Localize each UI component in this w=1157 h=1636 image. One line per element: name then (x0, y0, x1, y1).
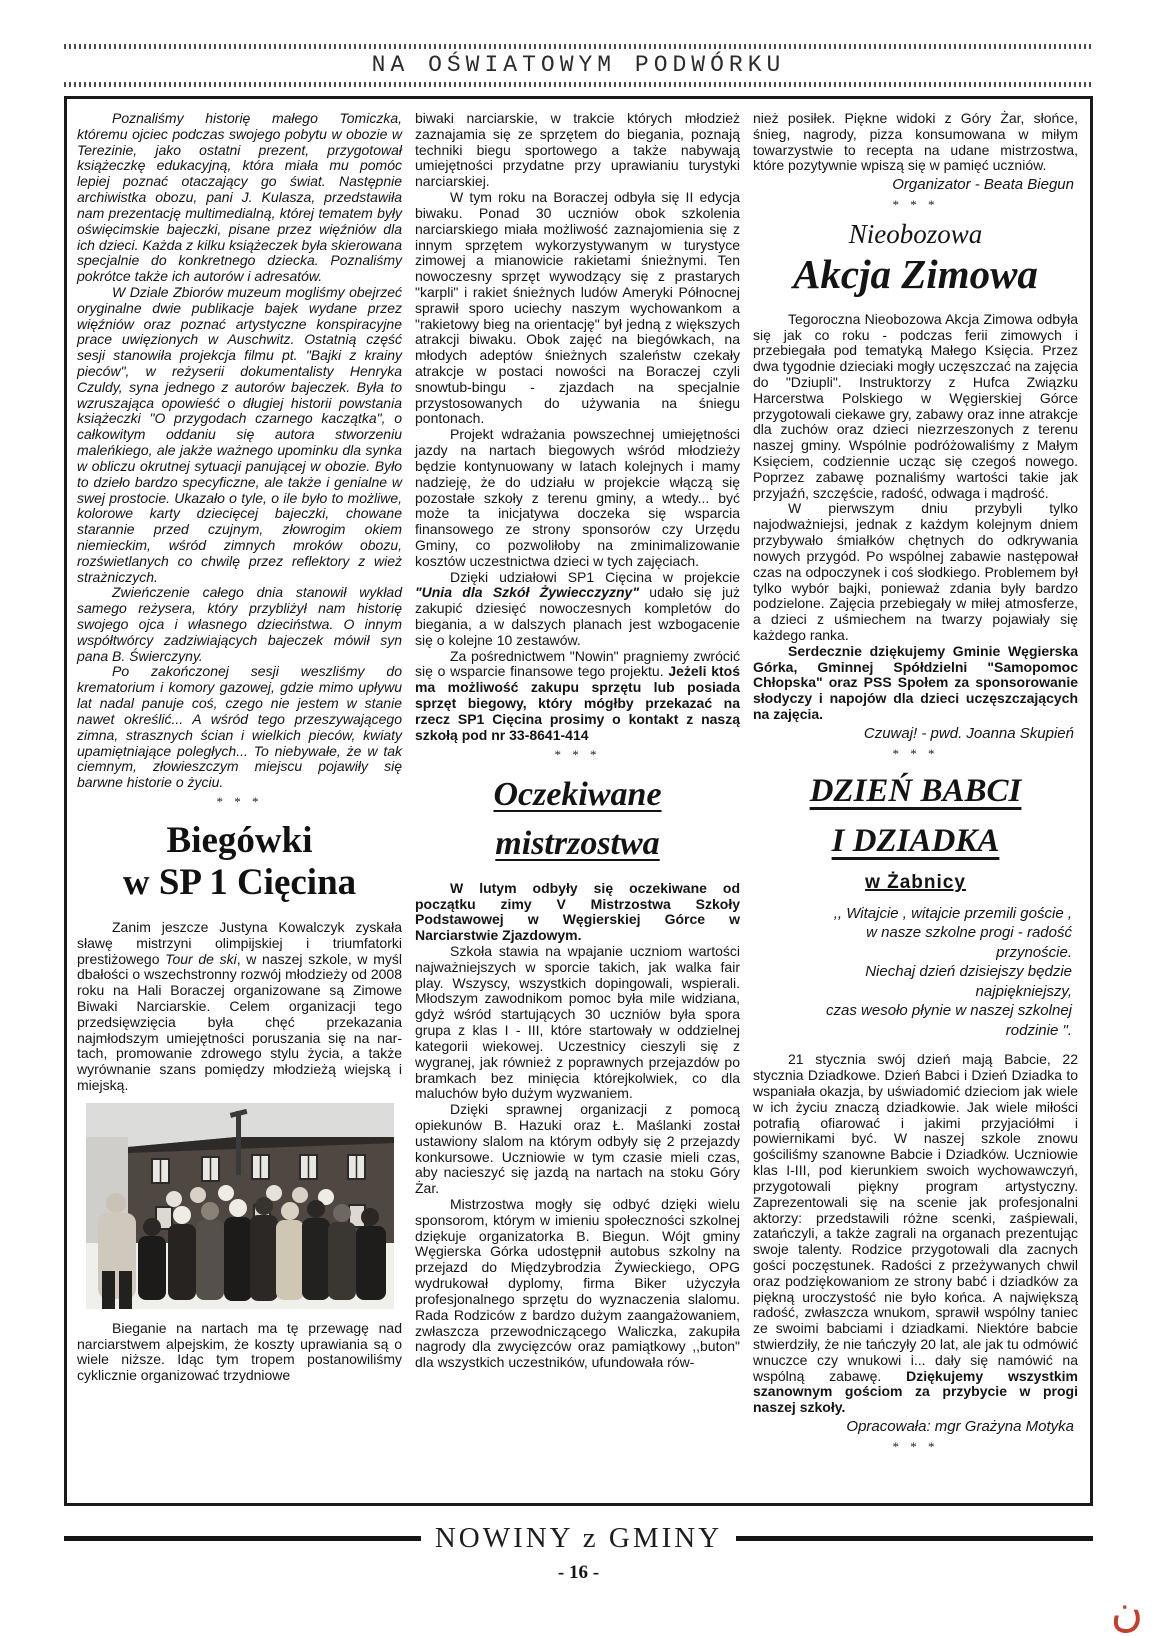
text-run: 21 stycznia swój dzień mają Babcie, 22 s… (753, 1051, 1078, 1383)
article-biegowki-continuation: biwaki narciarskie, w trakcie których mł… (415, 111, 740, 744)
footer-brand-row: NOWINY z GMINY (64, 1522, 1093, 1555)
article-mistrzostwa-continuation: nież posiłek. Piękne widoki z Góry Żar, … (753, 111, 1078, 194)
quote-line: ,, Witajcie , witajcie przemili goście , (753, 904, 1072, 924)
paragraph: Projekt wdrażania powszechnej umiejętnoś… (415, 427, 740, 569)
quote-line: przynoście. (753, 943, 1072, 963)
footer-brand: NOWINY z GMINY (435, 1522, 722, 1555)
masthead: NA OŚWIATOWYM PODWÓRKU (64, 44, 1093, 87)
article-title-line1: DZIEŃ BABCI (753, 767, 1078, 817)
article-akcja-zimowa: Nieobozowa Akcja Zimowa Tegoroczna Nieob… (753, 219, 1078, 743)
byline: Organizator - Beata Biegun (753, 177, 1074, 194)
group-photo (86, 1103, 394, 1313)
asterisk-separator: * * * (753, 1440, 1078, 1455)
article-title-line2: I DZIADKA (753, 817, 1078, 867)
quote-line: rodzinie ". (753, 1021, 1072, 1041)
paragraph: W Dziale Zbiorów muzeum mogliśmy obejrze… (77, 285, 402, 585)
paragraph: Mistrzostwa mogły się odbyć dzięki wielu… (415, 1197, 740, 1371)
asterisk-separator: * * * (753, 747, 1078, 762)
page-number: - 16 - (64, 1562, 1093, 1584)
column-2: biwaki narciarskie, w trakcie których mł… (415, 111, 740, 1491)
text-run: Dzięki udziałowi SP1 Cięcina w projekcie (450, 569, 740, 585)
article-title-line2: mistrzostwa (415, 819, 740, 868)
column-1: Poznaliśmy historię małego Tomiczka, któ… (77, 111, 402, 1491)
newspaper-page: NA OŚWIATOWYM PODWÓRKU Poznaliśmy histor… (0, 44, 1157, 1584)
paragraph: nież posiłek. Piękne widoki z Góry Żar, … (753, 111, 1078, 174)
paragraph: Bieganie na nartach ma tę przewagę nad n… (77, 1321, 402, 1384)
paragraph: Poznaliśmy historię małego Tomiczka, któ… (77, 111, 402, 285)
page-footer: NOWINY z GMINY - 16 - (64, 1522, 1093, 1584)
article-memorial: Poznaliśmy historię małego Tomiczka, któ… (77, 111, 402, 791)
paragraph: biwaki narciarskie, w trakcie których mł… (415, 111, 740, 190)
article-biegowki: Biegówki w SP 1 Cięcina Zanim jeszcze Ju… (77, 820, 402, 1384)
column-3: nież posiłek. Piękne widoki z Góry Żar, … (753, 111, 1078, 1491)
lead-paragraph: W lutym odbyły się oczekiwane od początk… (415, 881, 740, 944)
paragraph: Tegoroczna Nieobozowa Akcja Zimowa odbył… (753, 312, 1078, 502)
article-title: Biegówki w SP 1 Cięcina (77, 820, 402, 904)
asterisk-separator: * * * (415, 748, 740, 763)
text-run-italic: Tour de ski (165, 951, 237, 967)
paragraph: 21 stycznia swój dzień mają Babcie, 22 s… (753, 1052, 1078, 1416)
paragraph: Szkoła stawia na wpajanie uczniom wartoś… (415, 944, 740, 1102)
paragraph: Dzięki udziałowi SP1 Cięcina w projekcie… (415, 570, 740, 649)
quote-line: w nasze szkolne progi - radość (753, 923, 1072, 943)
paragraph: W tym roku na Boraczej odbyła się II edy… (415, 190, 740, 427)
article-subtitle: w Żabnicy (753, 872, 1078, 893)
text-run: , w naszej szkole, w myśl dbałości o wsz… (77, 951, 402, 1094)
paragraph: W pierwszym dniu przybyli tylko najodważ… (753, 501, 1078, 643)
page-title: NA OŚWIATOWYM PODWÓRKU (64, 49, 1093, 82)
content-box: Poznaliśmy historię małego Tomiczka, któ… (64, 96, 1093, 1506)
paragraph-bold: Serdecznie dziękujemy Gminie Węgierska G… (753, 644, 1078, 723)
paragraph: Za pośrednictwem "Nowin" pragniemy zwróc… (415, 649, 740, 744)
asterisk-separator: * * * (753, 198, 1078, 213)
paragraph: Zanim jeszcze Justyna Kowalczyk zyskała … (77, 920, 402, 1094)
corner-glyph: ن (1111, 1590, 1143, 1634)
article-title: Oczekiwane mistrzostwa (415, 770, 740, 869)
footer-rule-left (64, 1536, 421, 1541)
welcome-quote: ,, Witajcie , witajcie przemili goście ,… (753, 904, 1072, 1041)
article-title: DZIEŃ BABCI I DZIADKA (753, 767, 1078, 866)
text-run-bold-italic: "Unia dla Szkół Żywiecczyzny" (415, 584, 639, 600)
article-title-line2: w SP 1 Cięcina (77, 862, 402, 904)
article-title-line1: Biegówki (77, 820, 402, 862)
quote-line: czas wesoło płynie w naszej szkolnej (753, 1001, 1072, 1021)
quote-line: najpiękniejszy, (753, 982, 1072, 1002)
group-photo-image (86, 1103, 394, 1309)
footer-rule-right (736, 1536, 1093, 1541)
article-title-line2: Akcja Zimowa (753, 251, 1078, 297)
quote-line: Niechaj dzień dzisiejszy będzie (753, 962, 1072, 982)
paragraph: Po zakończonej sesji weszliśmy do kremat… (77, 664, 402, 791)
article-title-line1: Oczekiwane (415, 770, 740, 819)
asterisk-separator: * * * (77, 795, 402, 810)
byline: Czuwaj! - pwd. Joanna Skupień (753, 726, 1074, 743)
article-mistrzostwa: Oczekiwane mistrzostwa W lutym odbyły si… (415, 770, 740, 1371)
paragraph: Zwieńczenie całego dnia stanowił wykład … (77, 585, 402, 664)
dotted-rule-bottom (64, 82, 1093, 87)
paragraph: Dzięki sprawnej organizacji z pomocą opi… (415, 1102, 740, 1197)
byline: Opracowała: mgr Grażyna Motyka (753, 1419, 1074, 1436)
article-dzien-babci: DZIEŃ BABCI I DZIADKA w Żabnicy ,, Witaj… (753, 767, 1078, 1454)
article-title-line1: Nieobozowa (753, 219, 1078, 250)
